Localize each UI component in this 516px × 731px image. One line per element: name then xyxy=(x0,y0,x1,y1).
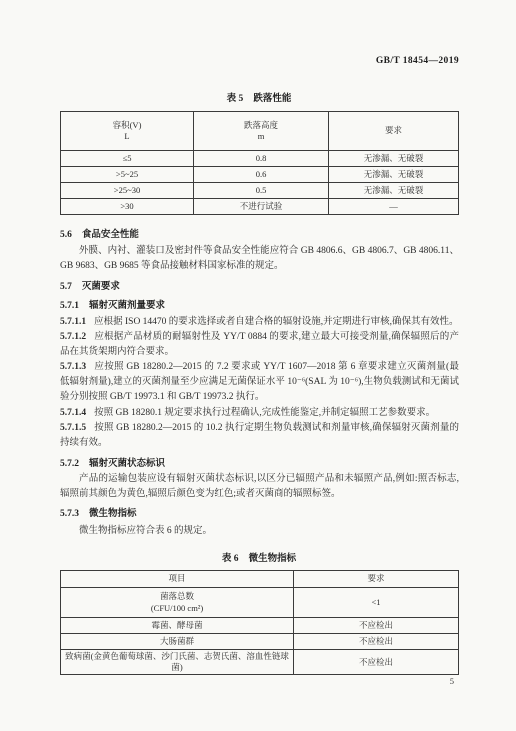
table-row: 菌落总数 (CFU/100 cm²) <1 xyxy=(61,588,459,618)
item-line2: (CFU/100 cm²) xyxy=(63,603,291,614)
table-row: >30 不进行试验 — xyxy=(61,199,459,215)
clause-number: 5.7.1.2 xyxy=(60,332,94,342)
table-row: >25~30 0.5 无渗漏、无破裂 xyxy=(61,183,459,199)
table6-title-text: 微生物指标 xyxy=(249,554,297,564)
item-line1: 菌落总数 xyxy=(63,591,291,602)
table6-title-label: 表 6 xyxy=(222,554,239,564)
volume-header-line2: L xyxy=(63,131,191,142)
paragraph-5-6: 外膜、内衬、灌装口及密封件等食品安全性能应符合 GB 4806.6、GB 480… xyxy=(60,244,459,274)
section-title: 辐射灭菌状态标识 xyxy=(89,459,165,469)
standard-number-header: GB/T 18454—2019 xyxy=(376,56,459,66)
section-title: 辐射灭菌剂量要求 xyxy=(89,301,165,311)
clause-5-7-1-3: 5.7.1.3应按照 GB 18280.2—2015 的 7.2 要求或 YY/… xyxy=(60,360,459,405)
paragraph-5-7-2: 产品的运输包装应设有辐射灭菌状态标识,以区分已辐照产品和未辐照产品,例如:照否标… xyxy=(60,472,459,502)
table-row: 致病菌(金黄色葡萄球菌、沙门氏菌、志贺氏菌、溶血性链球菌) 不应检出 xyxy=(61,650,459,675)
requirement-header: 要求 xyxy=(331,125,456,136)
table-row: 大肠菌群 不应检出 xyxy=(61,634,459,650)
cell-drop-height: 0.6 xyxy=(194,167,329,183)
clause-5-7-1-4: 5.7.1.4按照 GB 18280.1 规定要求执行过程确认,完成性能鉴定,并… xyxy=(60,406,459,421)
table5-header-row: 容积(V) L 跌落高度 m 要求 xyxy=(61,112,459,151)
drop-height-header-line2: m xyxy=(196,131,326,142)
table5-drop-performance: 容积(V) L 跌落高度 m 要求 ≤5 0.8 无渗漏、无破裂 >5~25 xyxy=(60,111,459,215)
volume-header-line1: 容积(V) xyxy=(63,120,191,131)
cell-requirement: <1 xyxy=(294,588,459,618)
table6-header-row: 项目 要求 xyxy=(61,571,459,588)
section-heading-5-7-1: 5.7.1辐射灭菌剂量要求 xyxy=(60,297,459,311)
cell-drop-height: 0.5 xyxy=(194,183,329,199)
cell-item: 致病菌(金黄色葡萄球菌、沙门氏菌、志贺氏菌、溶血性链球菌) xyxy=(61,650,294,675)
table-row: ≤5 0.8 无渗漏、无破裂 xyxy=(61,151,459,167)
table6-col-item: 项目 xyxy=(61,571,294,588)
clause-5-7-1-5: 5.7.1.5按照 GB 18280.2—2015 的 10.2 执行定期生物负… xyxy=(60,421,459,451)
cell-drop-height: 0.8 xyxy=(194,151,329,167)
table5-col-drop-height: 跌落高度 m xyxy=(194,112,329,151)
clause-text: 按照 GB 18280.1 规定要求执行过程确认,完成性能鉴定,并制定辐照工艺参… xyxy=(94,408,435,418)
cell-volume: >30 xyxy=(61,199,194,215)
table6-title: 表 6微生物指标 xyxy=(60,550,458,564)
cell-requirement: 无渗漏、无破裂 xyxy=(329,167,459,183)
section-number: 5.7.2 xyxy=(60,459,79,469)
section-number: 5.7.1 xyxy=(60,301,79,311)
cell-drop-height: 不进行试验 xyxy=(194,199,329,215)
section-number: 5.7 xyxy=(60,282,72,292)
cell-item: 菌落总数 (CFU/100 cm²) xyxy=(61,588,294,618)
page-number: 5 xyxy=(450,676,454,686)
clause-number: 5.7.1.5 xyxy=(60,423,94,433)
section-number: 5.7.3 xyxy=(60,509,79,519)
drop-height-header-line1: 跌落高度 xyxy=(196,120,326,131)
table5-col-requirement: 要求 xyxy=(329,112,459,151)
cell-item: 霉菌、酵母菌 xyxy=(61,618,294,634)
table5-title-text: 跌落性能 xyxy=(253,94,291,104)
cell-volume: >25~30 xyxy=(61,183,194,199)
clause-number: 5.7.1.4 xyxy=(60,408,94,418)
section-heading-5-7: 5.7灭菌要求 xyxy=(60,278,459,292)
section-heading-5-6: 5.6食品安全性能 xyxy=(60,226,459,240)
document-page: GB/T 18454—2019 表 5跌落性能 容积(V) L 跌落高度 m 要… xyxy=(0,0,516,731)
table5-title-label: 表 5 xyxy=(227,94,244,104)
section-number: 5.6 xyxy=(60,230,72,240)
clause-text: 按照 GB 18280.2—2015 的 10.2 执行定期生物负载测试和剂量审… xyxy=(60,423,459,448)
clause-text: 应根据 ISO 14470 的要求选择或者自建合格的辐射设施,并定期进行审核,确… xyxy=(94,317,458,327)
table5-title: 表 5跌落性能 xyxy=(60,90,458,104)
clause-text: 应按照 GB 18280.2—2015 的 7.2 要求或 YY/T 1607—… xyxy=(60,362,459,402)
section-title: 食品安全性能 xyxy=(82,230,139,240)
cell-volume: ≤5 xyxy=(61,151,194,167)
clause-number: 5.7.1.1 xyxy=(60,317,94,327)
section-heading-5-7-2: 5.7.2辐射灭菌状态标识 xyxy=(60,455,459,469)
cell-requirement: 无渗漏、无破裂 xyxy=(329,183,459,199)
cell-requirement: 不应检出 xyxy=(294,650,459,675)
clause-number: 5.7.1.3 xyxy=(60,362,94,372)
table5-col-volume: 容积(V) L xyxy=(61,112,194,151)
cell-requirement: 无渗漏、无破裂 xyxy=(329,151,459,167)
table6-col-requirement: 要求 xyxy=(294,571,459,588)
cell-volume: >5~25 xyxy=(61,167,194,183)
clause-5-7-1-2: 5.7.1.2应根据产品材质的耐辐射性及 YY/T 0884 的要求,建立最大可… xyxy=(60,330,459,360)
cell-requirement: — xyxy=(329,199,459,215)
clause-5-7-1-1: 5.7.1.1应根据 ISO 14470 的要求选择或者自建合格的辐射设施,并定… xyxy=(60,315,459,330)
section-title: 灭菌要求 xyxy=(82,282,120,292)
paragraph-5-7-3: 微生物指标应符合表 6 的规定。 xyxy=(60,524,459,539)
section-title: 微生物指标 xyxy=(89,509,137,519)
cell-requirement: 不应检出 xyxy=(294,618,459,634)
table6-microbial-indicators: 项目 要求 菌落总数 (CFU/100 cm²) <1 霉菌、酵母菌 不应检出 … xyxy=(60,570,459,675)
table-row: >5~25 0.6 无渗漏、无破裂 xyxy=(61,167,459,183)
table-row: 霉菌、酵母菌 不应检出 xyxy=(61,618,459,634)
cell-item: 大肠菌群 xyxy=(61,634,294,650)
section-heading-5-7-3: 5.7.3微生物指标 xyxy=(60,505,459,519)
cell-requirement: 不应检出 xyxy=(294,634,459,650)
clause-text: 应根据产品材质的耐辐射性及 YY/T 0884 的要求,建立最大可接受剂量,确保… xyxy=(60,332,459,357)
